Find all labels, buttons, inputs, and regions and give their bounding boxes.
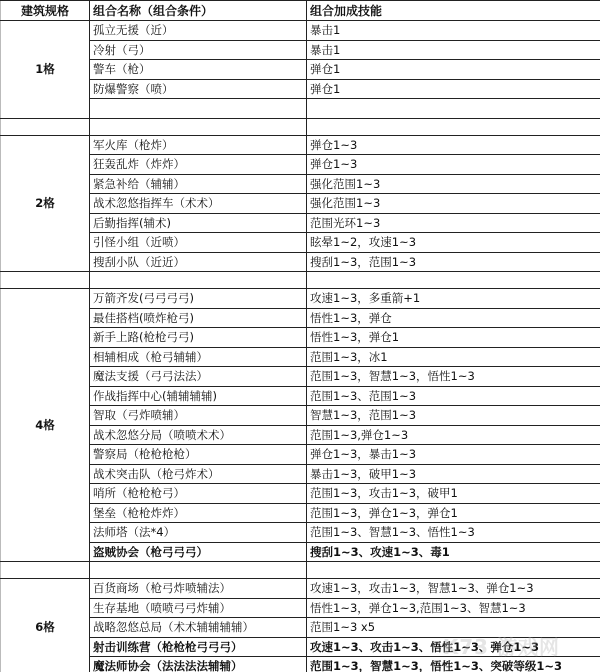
table-row: 4格万箭齐发(弓弓弓弓)攻速1~3，多重箭+1 [1, 289, 600, 309]
table-row: 哨所（枪枪枪弓）范围1~3，攻击1~3，破甲1 [1, 484, 600, 504]
empty-cell [307, 118, 600, 135]
combo-skill-cell: 范围1~3 x5 [307, 618, 600, 638]
table-row: 最佳搭档(喷炸枪弓)悟性1~3，弹仓 [1, 308, 600, 328]
combo-skill-cell: 搜刮1~3、攻速1~3、毒1 [307, 542, 600, 562]
building-spec-cell: 4格 [1, 289, 90, 562]
building-spec-cell: 6格 [1, 579, 90, 672]
combo-skill-cell: 眩晕1~2，攻速1~3 [307, 233, 600, 253]
combo-name-cell: 冷射（弓） [90, 40, 307, 60]
combo-name-cell: 紧急补给（辅辅） [90, 174, 307, 194]
combo-name-cell: 战略忽悠总局（术术辅辅辅辅） [90, 618, 307, 638]
table-row: 战术忽悠指挥车（术术）强化范围1~3 [1, 194, 600, 214]
combo-table: 建筑规格 组合名称（组合条件） 组合加成技能 1格孤立无援（近）暴击1冷射（弓）… [0, 0, 600, 672]
combo-name-cell: 最佳搭档(喷炸枪弓) [90, 308, 307, 328]
table-row: 智取（弓炸喷辅）智慧1~3，范围1~3 [1, 406, 600, 426]
combo-skill-cell: 攻速1~3，多重箭+1 [307, 289, 600, 309]
table-row: 警车（枪）弹仓1 [1, 60, 600, 80]
empty-cell [90, 272, 307, 289]
combo-name-cell: 警车（枪） [90, 60, 307, 80]
combo-name-cell: 相辅相成（枪弓辅辅） [90, 347, 307, 367]
combo-skill-cell: 悟性1~3，弹仓 [307, 308, 600, 328]
table-row: 战术忽悠分局（喷喷术术）范围1~3,弹仓1~3 [1, 425, 600, 445]
combo-skill-cell: 范围1~3，攻击1~3，破甲1 [307, 484, 600, 504]
combo-name-cell: 法师塔（法*4） [90, 523, 307, 543]
combo-skill-cell: 范围1~3，智慧1~3，悟性1~3、突破等级1~3 [307, 657, 600, 672]
combo-name-cell: 生存基地（喷喷弓弓炸辅） [90, 598, 307, 618]
table-row: 盗贼协会（枪弓弓弓）搜刮1~3、攻速1~3、毒1 [1, 542, 600, 562]
table-row: 法师塔（法*4）范围1~3、智慧1~3、悟性1~3 [1, 523, 600, 543]
combo-name-cell: 射击训练营（枪枪枪弓弓弓） [90, 637, 307, 657]
combo-name-cell: 新手上路(枪枪弓弓) [90, 328, 307, 348]
building-spec-cell: 1格 [1, 21, 90, 119]
combo-name-cell: 引怪小组（近喷） [90, 233, 307, 253]
spacer-row [1, 118, 600, 135]
table-row: 6格百货商场（枪弓炸喷辅法）攻速1~3，攻击1~3，智慧1~3、弹仓1~3 [1, 579, 600, 599]
combo-skill-cell [307, 99, 600, 119]
spacer-row [1, 562, 600, 579]
combo-name-cell: 魔法支援（弓弓法法） [90, 367, 307, 387]
table-row: 紧急补给（辅辅）强化范围1~3 [1, 174, 600, 194]
combo-skill-cell: 暴击1 [307, 21, 600, 41]
combo-skill-cell: 悟性1~3，弹仓1 [307, 328, 600, 348]
combo-name-cell: 战术忽悠分局（喷喷术术） [90, 425, 307, 445]
empty-cell [90, 118, 307, 135]
table-row: 生存基地（喷喷弓弓炸辅）悟性1~3，弹仓1~3,范围1~3、智慧1~3 [1, 598, 600, 618]
combo-skill-cell: 弹仓1~3，暴击1~3 [307, 445, 600, 465]
table-row: 警察局（枪枪枪枪）弹仓1~3，暴击1~3 [1, 445, 600, 465]
table-row: 后勤指挥(辅术)范围光环1~3 [1, 213, 600, 233]
combo-skill-cell: 攻速1~3、攻击1~3、悟性1~3、弹仓1~3 [307, 637, 600, 657]
combo-skill-cell: 弹仓1 [307, 60, 600, 80]
header-combo-skill: 组合加成技能 [307, 1, 600, 21]
combo-skill-cell: 弹仓1~3 [307, 155, 600, 175]
combo-skill-cell: 范围1~3，弹仓1~3，弹仓1 [307, 503, 600, 523]
header-combo-name: 组合名称（组合条件） [90, 1, 307, 21]
combo-name-cell: 战术突击队（枪弓炸术） [90, 464, 307, 484]
combo-name-cell: 魔法师协会（法法法法辅辅） [90, 657, 307, 672]
combo-name-cell: 堡垒（枪枪炸炸） [90, 503, 307, 523]
combo-name-cell: 盗贼协会（枪弓弓弓） [90, 542, 307, 562]
table-row: 防爆警察（喷）弹仓1 [1, 79, 600, 99]
combo-name-cell: 作战指挥中心(辅辅辅辅) [90, 386, 307, 406]
header-spec: 建筑规格 [1, 1, 90, 21]
combo-name-cell: 智取（弓炸喷辅） [90, 406, 307, 426]
combo-skill-cell: 暴击1 [307, 40, 600, 60]
combo-skill-cell: 搜刮1~3，范围1~3 [307, 252, 600, 272]
combo-name-cell: 哨所（枪枪枪弓） [90, 484, 307, 504]
table-row: 冷射（弓）暴击1 [1, 40, 600, 60]
combo-skill-cell: 范围1~3，智慧1~3，悟性1~3 [307, 367, 600, 387]
table-body: 1格孤立无援（近）暴击1冷射（弓）暴击1警车（枪）弹仓1防爆警察（喷）弹仓12格… [1, 21, 600, 672]
table-row: 2格军火库（枪炸）弹仓1~3 [1, 135, 600, 155]
table-row: 战略忽悠总局（术术辅辅辅辅）范围1~3 x5 [1, 618, 600, 638]
empty-cell [1, 272, 90, 289]
table-row: 堡垒（枪枪炸炸）范围1~3，弹仓1~3，弹仓1 [1, 503, 600, 523]
table-row: 战术突击队（枪弓炸术）暴击1~3，破甲1~3 [1, 464, 600, 484]
combo-skill-cell: 范围1~3,弹仓1~3 [307, 425, 600, 445]
empty-cell [307, 272, 600, 289]
combo-skill-cell: 范围光环1~3 [307, 213, 600, 233]
combo-name-cell: 孤立无援（近） [90, 21, 307, 41]
combo-skill-cell: 弹仓1~3 [307, 135, 600, 155]
combo-skill-cell: 弹仓1 [307, 79, 600, 99]
combo-skill-cell: 范围1~3，冰1 [307, 347, 600, 367]
combo-name-cell: 警察局（枪枪枪枪） [90, 445, 307, 465]
empty-cell [1, 562, 90, 579]
table-row: 1格孤立无援（近）暴击1 [1, 21, 600, 41]
table-row: 魔法师协会（法法法法辅辅）范围1~3，智慧1~3，悟性1~3、突破等级1~3 [1, 657, 600, 672]
combo-name-cell [90, 99, 307, 119]
empty-cell [307, 562, 600, 579]
combo-skill-cell: 悟性1~3，弹仓1~3,范围1~3、智慧1~3 [307, 598, 600, 618]
combo-skill-cell: 范围1~3、智慧1~3、悟性1~3 [307, 523, 600, 543]
table-row: 魔法支援（弓弓法法）范围1~3，智慧1~3，悟性1~3 [1, 367, 600, 387]
table-row: 作战指挥中心(辅辅辅辅)范围1~3、范围1~3 [1, 386, 600, 406]
combo-name-cell: 万箭齐发(弓弓弓弓) [90, 289, 307, 309]
combo-name-cell: 狂轰乱炸（炸炸） [90, 155, 307, 175]
combo-skill-cell: 强化范围1~3 [307, 174, 600, 194]
spacer-row [1, 272, 600, 289]
combo-skill-cell: 智慧1~3，范围1~3 [307, 406, 600, 426]
combo-name-cell: 百货商场（枪弓炸喷辅法） [90, 579, 307, 599]
table-row: 射击训练营（枪枪枪弓弓弓）攻速1~3、攻击1~3、悟性1~3、弹仓1~3 [1, 637, 600, 657]
combo-name-cell: 战术忽悠指挥车（术术） [90, 194, 307, 214]
table-row: 狂轰乱炸（炸炸）弹仓1~3 [1, 155, 600, 175]
table-row [1, 99, 600, 119]
combo-name-cell: 后勤指挥(辅术) [90, 213, 307, 233]
table-row: 新手上路(枪枪弓弓)悟性1~3，弹仓1 [1, 328, 600, 348]
combo-name-cell: 搜刮小队（近近） [90, 252, 307, 272]
combo-skill-cell: 强化范围1~3 [307, 194, 600, 214]
table-row: 引怪小组（近喷）眩晕1~2，攻速1~3 [1, 233, 600, 253]
combo-name-cell: 防爆警察（喷） [90, 79, 307, 99]
combo-skill-cell: 攻速1~3，攻击1~3，智慧1~3、弹仓1~3 [307, 579, 600, 599]
building-spec-cell: 2格 [1, 135, 90, 272]
header-row: 建筑规格 组合名称（组合条件） 组合加成技能 [1, 1, 600, 21]
table-row: 搜刮小队（近近）搜刮1~3，范围1~3 [1, 252, 600, 272]
empty-cell [90, 562, 307, 579]
empty-cell [1, 118, 90, 135]
combo-name-cell: 军火库（枪炸） [90, 135, 307, 155]
combo-skill-cell: 范围1~3、范围1~3 [307, 386, 600, 406]
combo-skill-cell: 暴击1~3，破甲1~3 [307, 464, 600, 484]
table-row: 相辅相成（枪弓辅辅）范围1~3，冰1 [1, 347, 600, 367]
